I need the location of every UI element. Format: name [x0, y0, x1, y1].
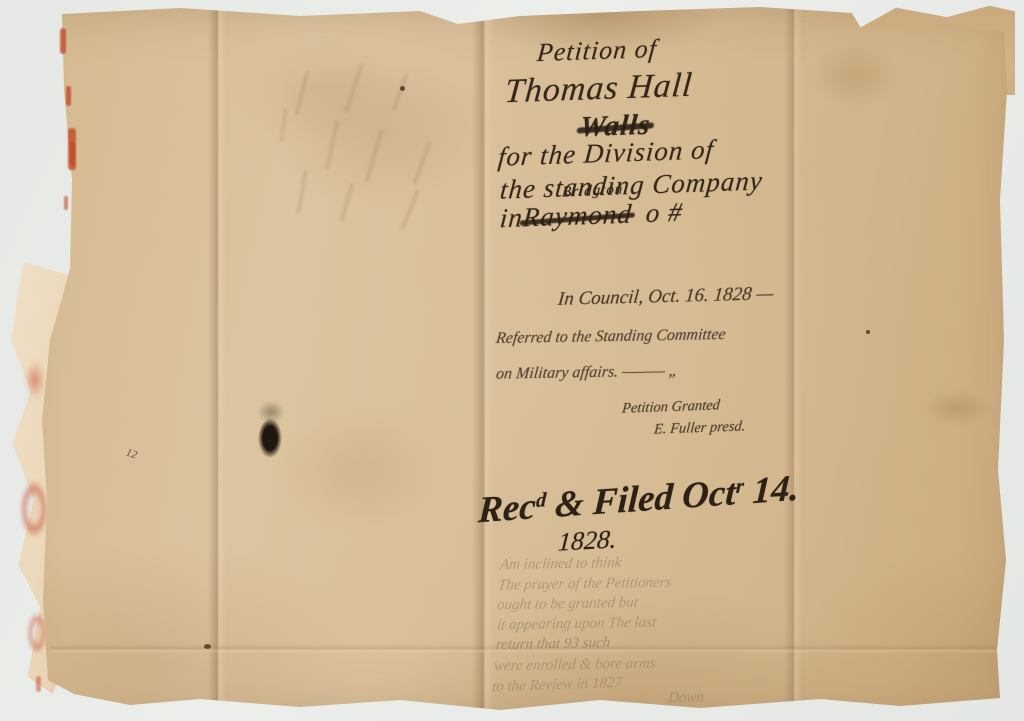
scanned-document: 12 Petition of Thomas Hall Walls for the…: [0, 0, 1024, 721]
paper-sheet: 12 Petition of Thomas Hall Walls for the…: [0, 0, 1024, 721]
fold-crease: [784, 8, 802, 708]
council-line-1: In Council, Oct. 16. 1828 —: [558, 283, 774, 311]
bleed-through-mark: [412, 141, 431, 186]
bleed-through-mark: [280, 108, 288, 142]
wax-seal-mark: [24, 360, 46, 400]
pencil-line: to the Review in 1827: [492, 675, 622, 697]
pencil-line: return that 93 such: [496, 635, 610, 654]
bleed-through-mark: [344, 63, 364, 114]
pencil-line: it appearing upon The last: [497, 615, 656, 635]
margin-mark: 12: [124, 447, 138, 462]
title-line-2: Thomas Hall: [504, 67, 693, 112]
bleed-through-mark: [400, 189, 420, 231]
council-line-3: on Military affairs. ——— „: [496, 362, 678, 383]
bleed-through-mark: [325, 120, 339, 170]
pencil-line: Down: [668, 689, 704, 707]
fold-crease: [208, 8, 226, 708]
granted-line-2: E. Fuller presd.: [654, 418, 746, 438]
pencil-line: ought to be granted but: [497, 595, 638, 614]
ink-speck: [866, 330, 870, 334]
red-edge-mark: [66, 86, 71, 106]
ink-speck: [400, 86, 405, 91]
council-line-2: Referred to the Standing Committee: [496, 326, 726, 348]
bleed-through-mark: [296, 170, 308, 214]
ink-speck: [204, 644, 211, 649]
ink-speck: [774, 703, 778, 707]
bleed-through-mark: [294, 70, 309, 116]
pencil-line: The prayer of the Petitioners: [498, 574, 672, 594]
red-edge-mark: [64, 196, 68, 210]
bleed-through-mark: [364, 129, 383, 184]
title-line-3: for the Division of: [498, 134, 715, 173]
red-edge-mark: [36, 676, 41, 692]
bleed-through-mark: [340, 182, 355, 222]
ink-blot: [258, 418, 282, 458]
fold-crease: [472, 8, 494, 708]
filed-line-2: 1828.: [557, 524, 617, 557]
pencil-line: Am inclined to think: [500, 555, 622, 574]
filed-line-1: Recd & Filed Octr 14.: [477, 467, 800, 532]
title-line-1: Petition of: [537, 34, 658, 68]
red-edge-mark: [70, 142, 75, 166]
pencil-line: were enrolled & bore arms: [494, 656, 656, 676]
wax-seal-mark: [20, 480, 48, 538]
red-edge-mark: [60, 28, 66, 54]
bleed-through-mark: [391, 73, 408, 112]
wax-seal-mark: [27, 612, 47, 654]
granted-line-1: Petition Granted: [622, 397, 720, 417]
title-line-5: in Raymondo #: [500, 197, 684, 234]
